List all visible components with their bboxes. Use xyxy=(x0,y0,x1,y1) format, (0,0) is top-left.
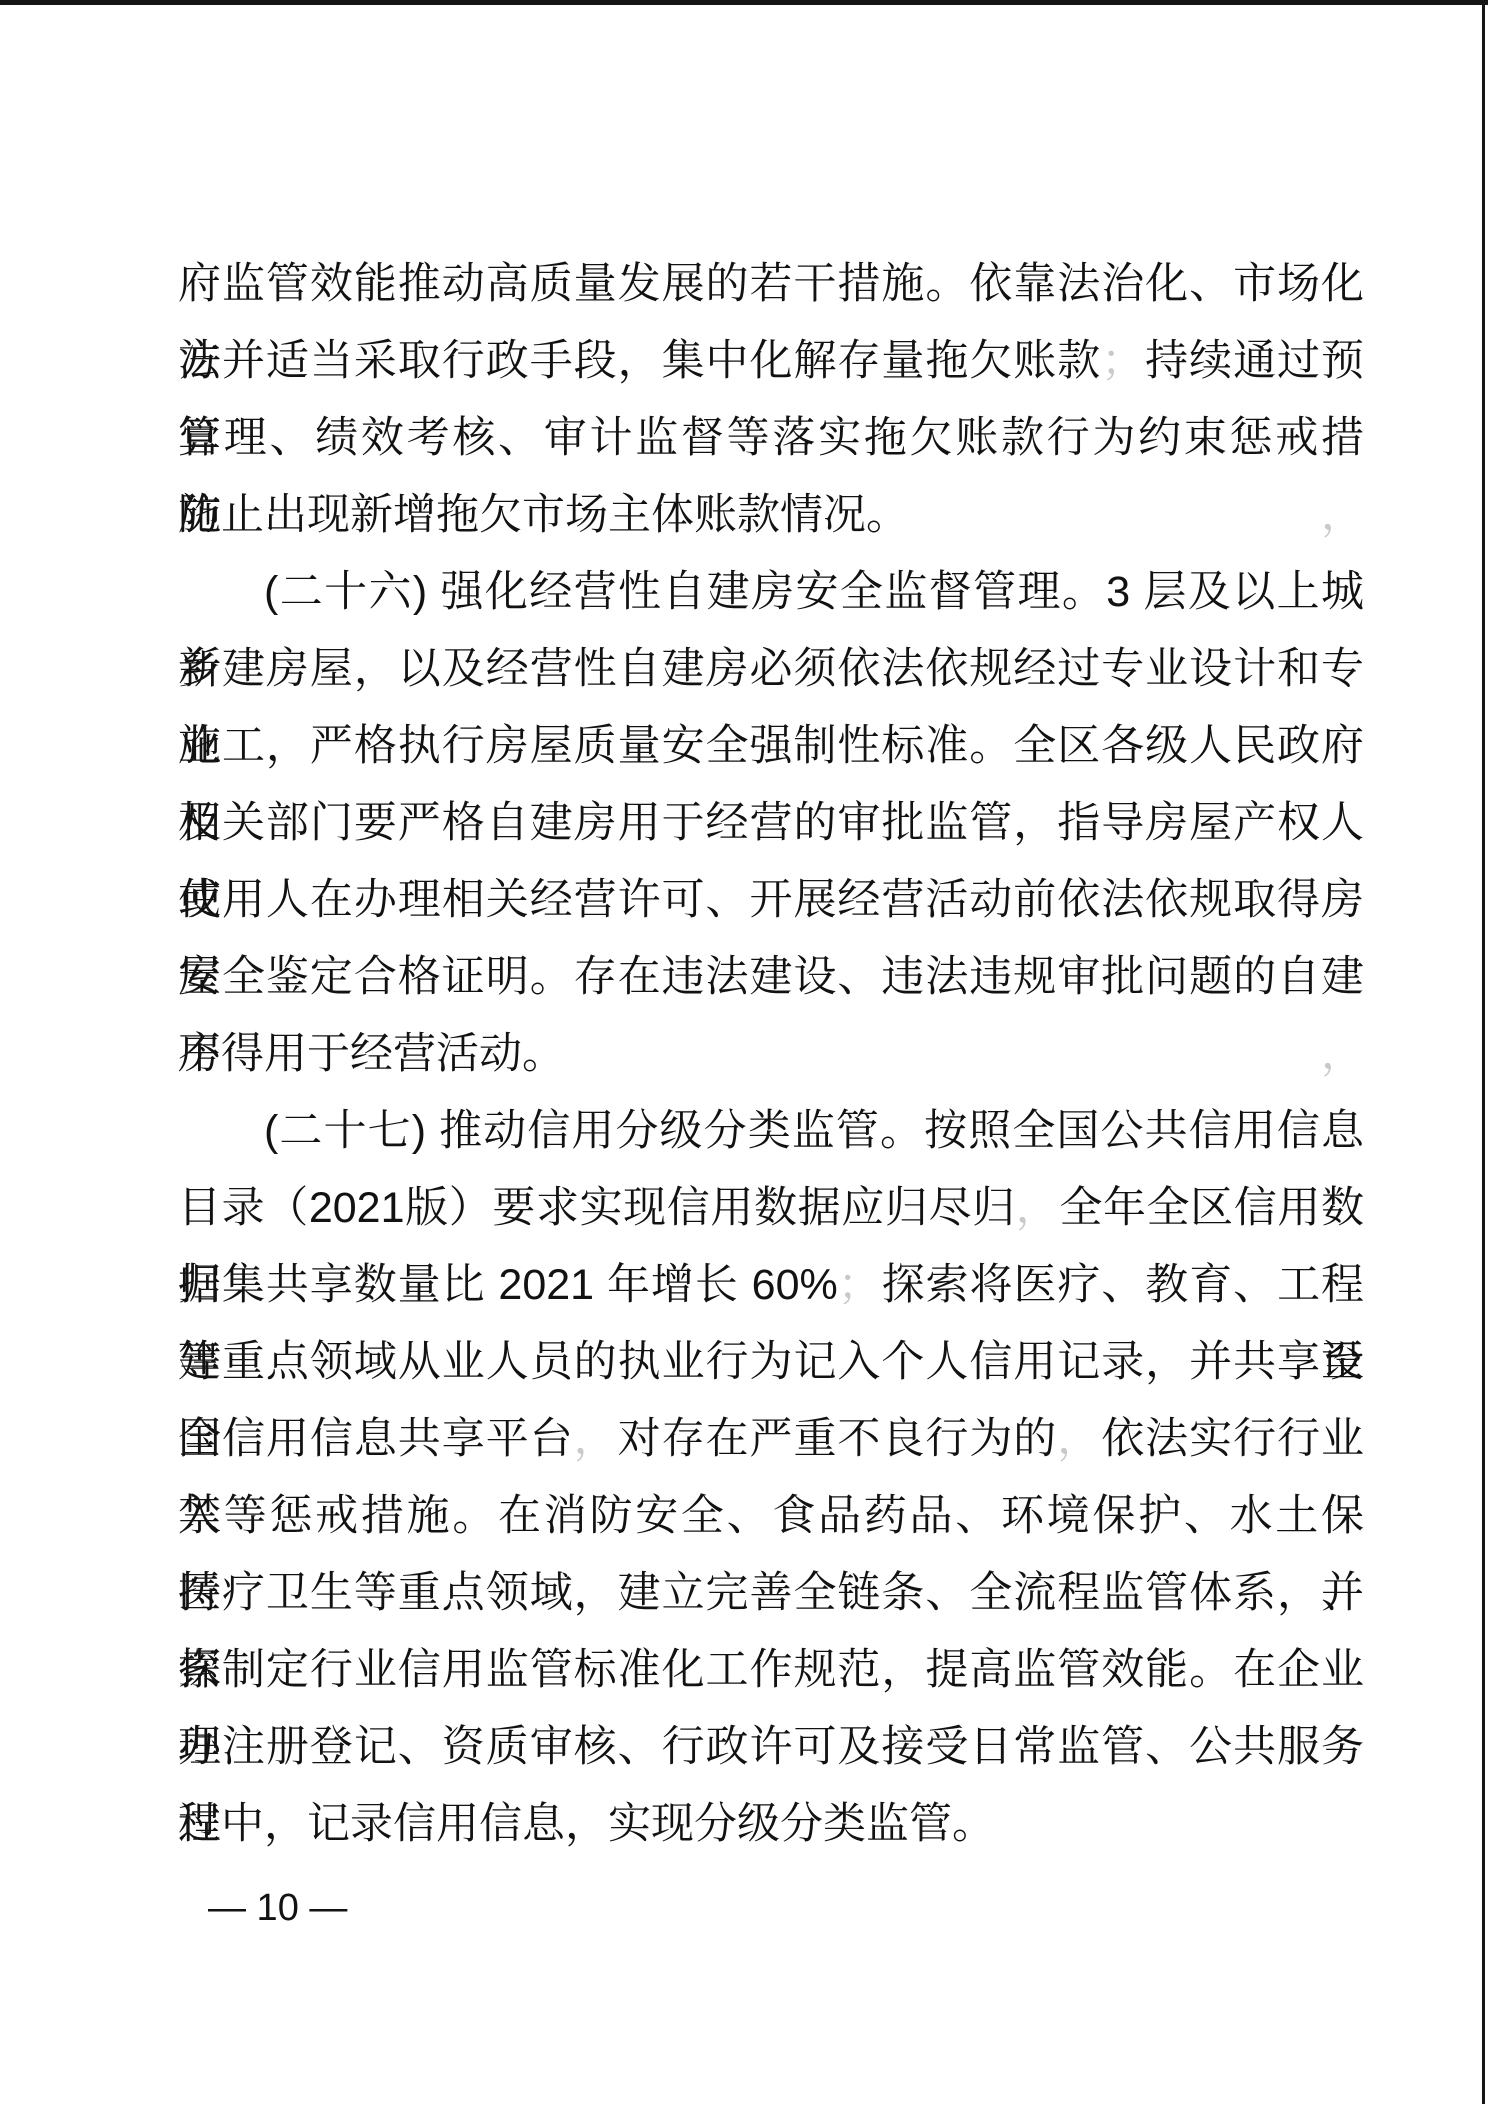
scan-right-border xyxy=(1482,0,1485,2104)
text-run: (二十七) 推动信用分级分类监管。按照全国公共信用信息 xyxy=(264,1107,1364,1155)
text-run: 国信用信息共享平台 xyxy=(178,1415,574,1463)
text-line: (二十六) 强化经营性自建房安全监督管理。3 层及以上城乡 xyxy=(178,554,1364,631)
text-run: 对存在严重不良行为的 xyxy=(618,1415,1058,1463)
text-run: 目录（2021版）要求实现信用数据应归尽归 xyxy=(178,1184,1016,1232)
text-line: 使用人在办理相关经营许可、开展经营活动前依法依规取得房屋 xyxy=(178,862,1364,939)
text-line: (二十七) 推动信用分级分类监管。按照全国公共信用信息 xyxy=(178,1093,1364,1170)
text-run: 归集共享数量比 2021 年增长 60% xyxy=(178,1261,838,1309)
text-line: 管理、绩效考核、审计监督等落实拖欠账款行为约束惩戒措施， xyxy=(178,400,1364,477)
page-number: — 10 — xyxy=(208,1886,347,1930)
faint-punctuation: ， xyxy=(1016,1184,1060,1232)
faint-punctuation: ， xyxy=(574,1415,618,1463)
text-line: 相关部门要严格自建房用于经营的审批监管，指导房屋产权人或 xyxy=(178,785,1364,862)
text-line: 理注册登记、资质审核、行政许可及接受日常监管、公共服务过 xyxy=(178,1709,1364,1786)
text-line: 归集共享数量比 2021 年增长 60%；探索将医疗、教育、工程建设 xyxy=(178,1247,1364,1324)
faint-punctuation: ； xyxy=(838,1261,881,1309)
text-line: 府监管效能推动高质量发展的若干措施。依靠法治化、市场化方 xyxy=(178,246,1364,323)
text-run: 不得用于经营活动。 xyxy=(178,1030,565,1078)
faint-punctuation: ， xyxy=(1057,1415,1101,1463)
text-line: 医疗卫生等重点领域，建立完善全链条、全流程监管体系，并探 xyxy=(178,1555,1364,1632)
faint-punctuation: ； xyxy=(1101,337,1144,385)
text-line: 新建房屋，以及经营性自建房必须依法依规经过专业设计和专业 xyxy=(178,631,1364,708)
text-line: 目录（2021版）要求实现信用数据应归尽归，全年全区信用数据 xyxy=(178,1170,1364,1247)
faint-punctuation: ， xyxy=(1321,491,1364,539)
scan-top-border xyxy=(0,0,1488,5)
text-line: 入等惩戒措施。在消防安全、食品药品、环境保护、水土保持、 xyxy=(178,1478,1364,1555)
faint-punctuation: ， xyxy=(1321,1030,1364,1078)
text-run: 法并适当采取行政手段，集中化解存量拖欠账款 xyxy=(178,337,1101,385)
text-line: 安全鉴定合格证明。存在违法建设、违法违规审批问题的自建房， xyxy=(178,939,1364,1016)
text-line: 索制定行业信用监管标准化工作规范，提高监管效能。在企业办 xyxy=(178,1632,1364,1709)
text-line: 等重点领域从业人员的执业行为记入个人信用记录，并共享至全 xyxy=(178,1324,1364,1401)
text-line: 施工，严格执行房屋质量安全强制性标准。全区各级人民政府及 xyxy=(178,708,1364,785)
text-run: 防止出现新增拖欠市场主体账款情况。 xyxy=(178,491,909,539)
page-number-text: — 10 — xyxy=(208,1887,347,1929)
document-body: 府监管效能推动高质量发展的若干措施。依靠法治化、市场化方法并适当采取行政手段，集… xyxy=(178,246,1364,1863)
text-line: 法并适当采取行政手段，集中化解存量拖欠账款；持续通过预算 xyxy=(178,323,1364,400)
text-line: 国信用信息共享平台，对存在严重不良行为的，依法实行行业禁 xyxy=(178,1401,1364,1478)
text-line: 程中，记录信用信息，实现分级分类监管。 xyxy=(178,1786,1364,1863)
text-run: 程中，记录信用信息，实现分级分类监管。 xyxy=(178,1800,995,1848)
